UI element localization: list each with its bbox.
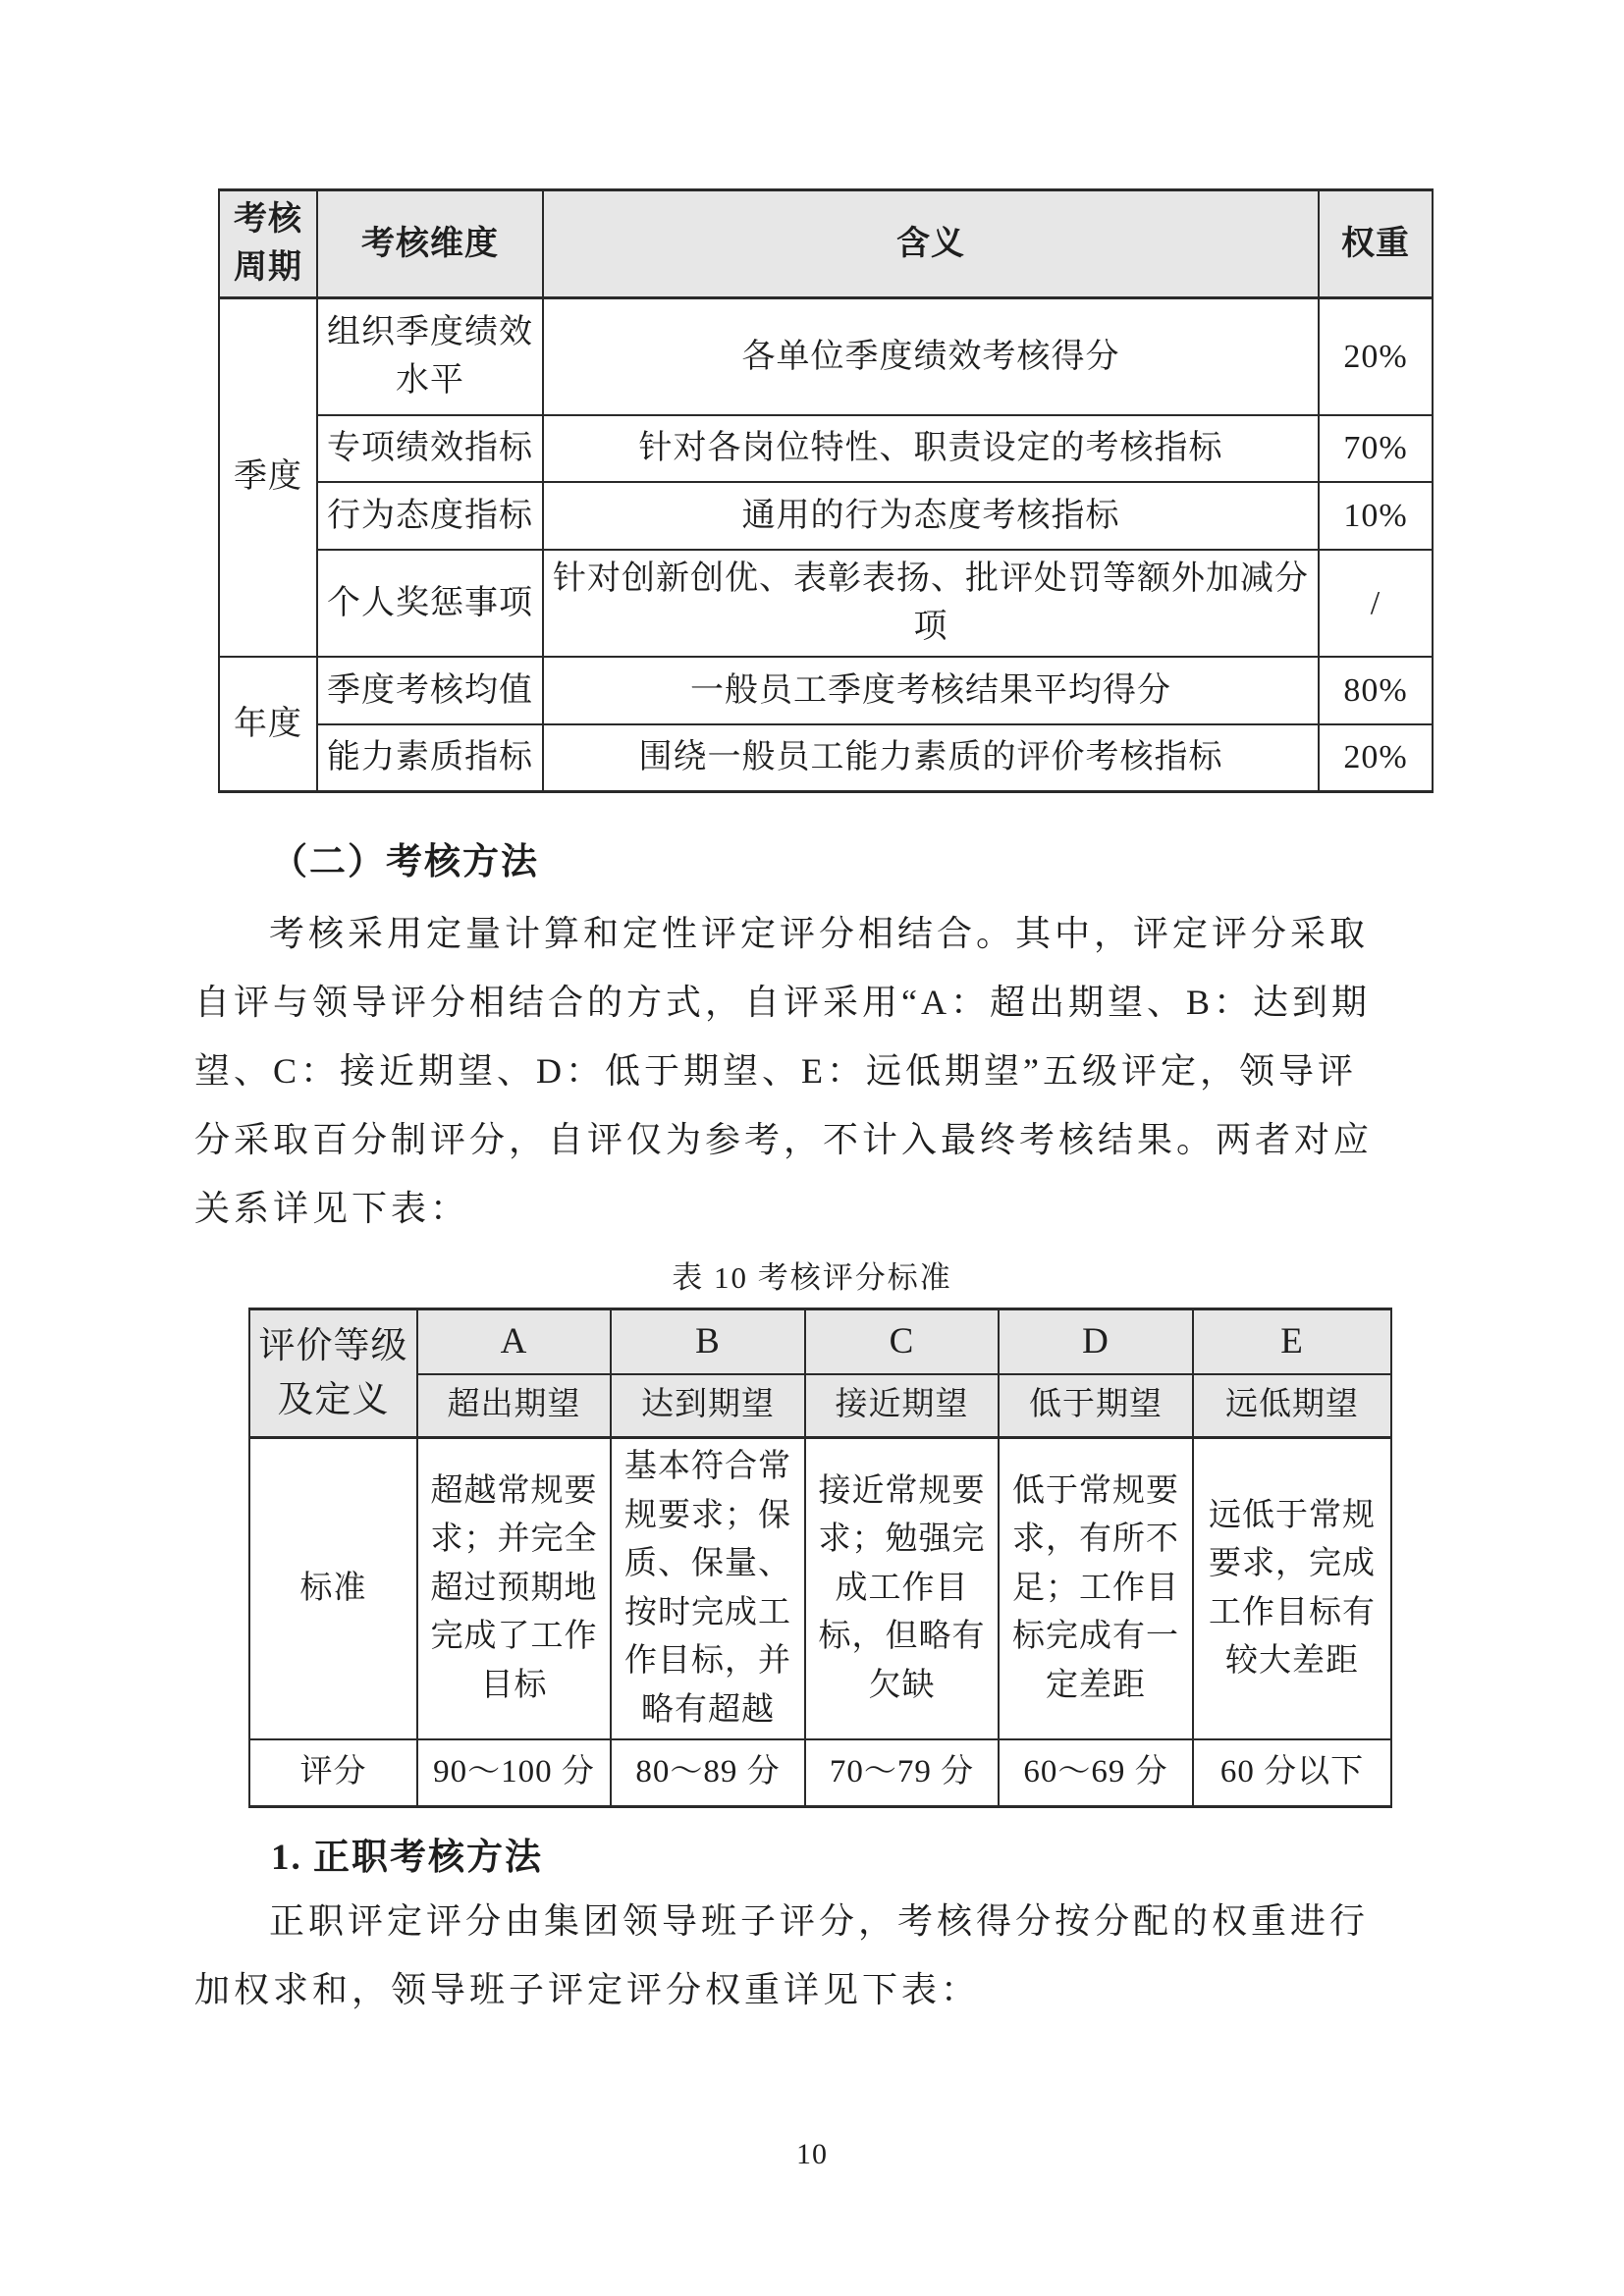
paragraph-line: 望、C：接近期望、D：低于期望、E：远低期望”五级评定，领导评 xyxy=(194,1037,1430,1105)
meaning-cell: 一般员工季度考核结果平均得分 xyxy=(543,657,1319,724)
header-cell-dimension: 考核维度 xyxy=(317,190,543,298)
paragraph-principal: 正职评定评分由集团领导班子评分，考核得分按分配的权重进行 加权求和，领导班子评定… xyxy=(194,1887,1430,2024)
score-cell: 80～89 分 xyxy=(611,1739,805,1806)
grade-def-cell: 超出期望 xyxy=(417,1374,611,1438)
dimension-cell: 季度考核均值 xyxy=(317,657,543,724)
meaning-cell: 通用的行为态度考核指标 xyxy=(543,482,1319,550)
table-row: 年度 季度考核均值 一般员工季度考核结果平均得分 80% xyxy=(219,657,1433,724)
meaning-cell: 围绕一般员工能力素质的评价考核指标 xyxy=(543,724,1319,792)
grade-letter-cell: C xyxy=(805,1309,999,1374)
paragraph-line: 自评与领导评分相结合的方式，自评采用“A：超出期望、B：达到期 xyxy=(194,968,1430,1037)
weight-cell: 20% xyxy=(1319,724,1433,792)
subsection-heading-principal: 1. 正职考核方法 xyxy=(194,1838,1430,1879)
meaning-cell: 针对创新创优、表彰表扬、批评处罚等额外加减分项 xyxy=(543,550,1319,657)
score-label-cell: 评分 xyxy=(249,1739,417,1806)
page-content: 考核周期 考核维度 含义 权重 季度 组织季度绩效水平 各单位季度绩效考核得分 … xyxy=(0,188,1624,2024)
header-cell-cycle: 考核周期 xyxy=(219,190,317,298)
grade-letter-cell: E xyxy=(1193,1309,1391,1374)
standard-cell: 超越常规要求；并完全超过预期地完成了工作目标 xyxy=(417,1438,611,1740)
table-row: 能力素质指标 围绕一般员工能力素质的评价考核指标 20% xyxy=(219,724,1433,792)
paragraph-line: 关系详见下表： xyxy=(194,1174,1430,1243)
score-row: 评分 90～100 分 80～89 分 70～79 分 60～69 分 60 分… xyxy=(249,1739,1391,1806)
standard-cell: 基本符合常规要求；保质、保量、按时完成工作目标，并略有超越 xyxy=(611,1438,805,1740)
grade-letter-cell: B xyxy=(611,1309,805,1374)
grade-letter-cell: D xyxy=(999,1309,1193,1374)
section-heading-methods: （二）考核方法 xyxy=(194,842,1430,883)
table-row: 专项绩效指标 针对各岗位特性、职责设定的考核指标 70% xyxy=(219,415,1433,482)
dimension-cell: 行为态度指标 xyxy=(317,482,543,550)
weight-cell: 10% xyxy=(1319,482,1433,550)
dimension-cell: 能力素质指标 xyxy=(317,724,543,792)
grade-def-cell: 低于期望 xyxy=(999,1374,1193,1438)
paragraph-methods: 考核采用定量计算和定性评定评分相结合。其中，评定评分采取 自评与领导评分相结合的… xyxy=(194,899,1430,1243)
weight-cell: 20% xyxy=(1319,297,1433,415)
paragraph-line: 加权求和，领导班子评定评分权重详见下表： xyxy=(194,1955,1430,2024)
header-cell-meaning: 含义 xyxy=(543,190,1319,298)
weight-cell: 80% xyxy=(1319,657,1433,724)
meaning-cell: 针对各岗位特性、职责设定的考核指标 xyxy=(543,415,1319,482)
table-caption: 表 10 考核评分标准 xyxy=(194,1256,1430,1300)
weight-cell: 70% xyxy=(1319,415,1433,482)
paragraph-line: 正职评定评分由集团领导班子评分，考核得分按分配的权重进行 xyxy=(194,1887,1430,1955)
assessment-dimensions-table: 考核周期 考核维度 含义 权重 季度 组织季度绩效水平 各单位季度绩效考核得分 … xyxy=(218,188,1434,793)
weight-cell: / xyxy=(1319,550,1433,657)
dimension-cell: 个人奖惩事项 xyxy=(317,550,543,657)
grade-definition-row: 超出期望 达到期望 接近期望 低于期望 远低期望 xyxy=(249,1374,1391,1438)
score-cell: 60～69 分 xyxy=(999,1739,1193,1806)
standard-cell: 接近常规要求；勉强完成工作目标，但略有欠缺 xyxy=(805,1438,999,1740)
period-cell-quarter: 季度 xyxy=(219,297,317,657)
page-number: 10 xyxy=(0,2138,1624,2171)
grade-def-cell: 达到期望 xyxy=(611,1374,805,1438)
table-row: 季度 组织季度绩效水平 各单位季度绩效考核得分 20% xyxy=(219,297,1433,415)
document-page: 考核周期 考核维度 含义 权重 季度 组织季度绩效水平 各单位季度绩效考核得分 … xyxy=(0,0,1624,2296)
rating-standards-table: 评价等级及定义 A B C D E 超出期望 达到期望 接近期望 低于期望 远低… xyxy=(248,1308,1392,1808)
dimension-cell: 组织季度绩效水平 xyxy=(317,297,543,415)
grade-def-cell: 接近期望 xyxy=(805,1374,999,1438)
paragraph-line: 分采取百分制评分，自评仅为参考，不计入最终考核结果。两者对应 xyxy=(194,1105,1430,1174)
grade-letter-cell: A xyxy=(417,1309,611,1374)
table-row: 个人奖惩事项 针对创新创优、表彰表扬、批评处罚等额外加减分项 / xyxy=(219,550,1433,657)
paragraph-line: 考核采用定量计算和定性评定评分相结合。其中，评定评分采取 xyxy=(194,899,1430,968)
table-header-row: 考核周期 考核维度 含义 权重 xyxy=(219,190,1433,298)
standard-cell: 远低于常规要求，完成工作目标有较大差距 xyxy=(1193,1438,1391,1740)
corner-cell: 评价等级及定义 xyxy=(249,1309,417,1438)
score-cell: 70～79 分 xyxy=(805,1739,999,1806)
standard-row: 标准 超越常规要求；并完全超过预期地完成了工作目标 基本符合常规要求；保质、保量… xyxy=(249,1438,1391,1740)
score-cell: 60 分以下 xyxy=(1193,1739,1391,1806)
grade-def-cell: 远低期望 xyxy=(1193,1374,1391,1438)
table-row: 行为态度指标 通用的行为态度考核指标 10% xyxy=(219,482,1433,550)
period-cell-year: 年度 xyxy=(219,657,317,792)
grade-letter-row: 评价等级及定义 A B C D E xyxy=(249,1309,1391,1374)
score-cell: 90～100 分 xyxy=(417,1739,611,1806)
meaning-cell: 各单位季度绩效考核得分 xyxy=(543,297,1319,415)
dimension-cell: 专项绩效指标 xyxy=(317,415,543,482)
standard-label-cell: 标准 xyxy=(249,1438,417,1740)
header-cell-weight: 权重 xyxy=(1319,190,1433,298)
standard-cell: 低于常规要求，有所不足；工作目标完成有一定差距 xyxy=(999,1438,1193,1740)
